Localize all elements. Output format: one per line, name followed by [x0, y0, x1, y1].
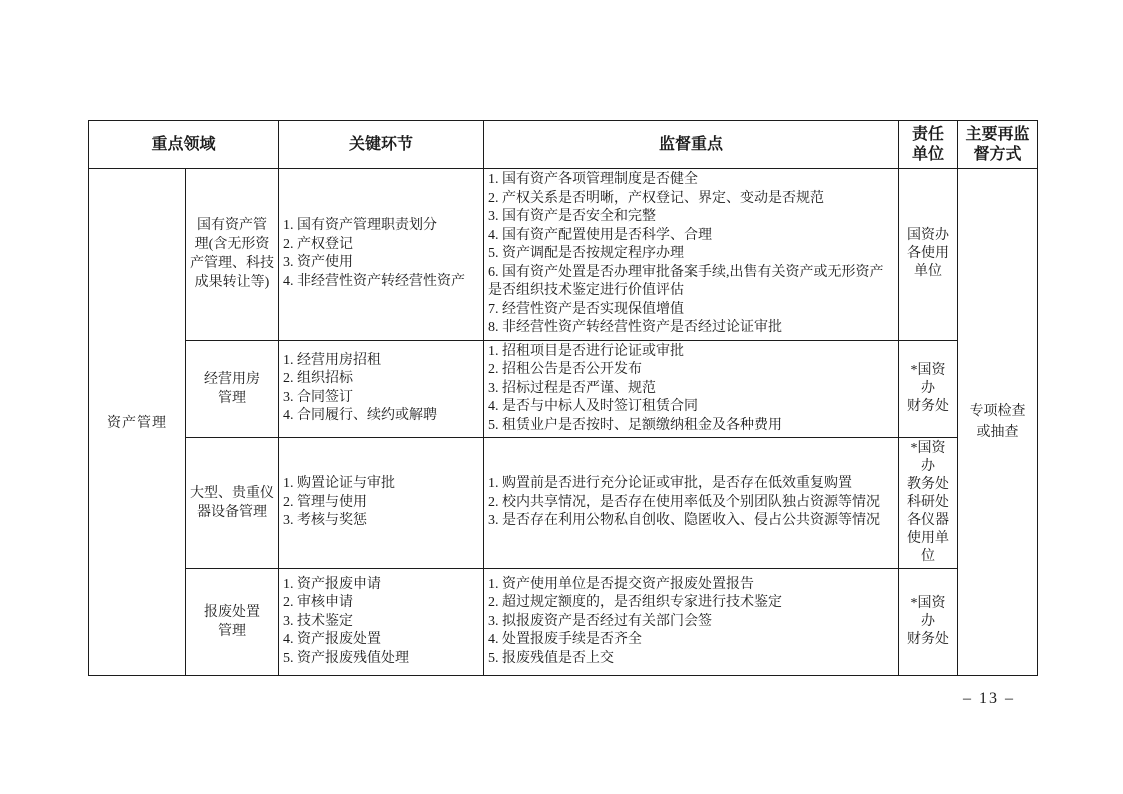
list-item: 2. 组织招标 — [283, 370, 479, 389]
list-item: 1. 国有资产各项管理制度是否健全 — [488, 171, 894, 190]
supervision-table: 重点领域 关键环节 监督重点 责任 单位 主要再监 督方式 资产管理 国有资产管… — [88, 120, 1038, 676]
key-links-cell: 1. 经营用房招租2. 组织招标3. 合同签订4. 合同履行、续约或解聘 — [279, 340, 484, 438]
key-links-cell: 1. 国有资产管理职责划分2. 产权登记3. 资产使用4. 非经营性资产转经营性… — [279, 169, 484, 341]
list-item: 4. 是否与中标人及时签订租赁合同 — [488, 398, 894, 417]
header-re-supervision-method: 主要再监 督方式 — [958, 121, 1038, 169]
key-links-cell: 1. 购置论证与审批2. 管理与使用3. 考核与奖惩 — [279, 438, 484, 569]
list-item: 1. 购置论证与审批 — [283, 475, 479, 494]
list-item: 8. 非经营性资产转经营性资产是否经过论证审批 — [488, 319, 894, 338]
list-item: 2. 超过规定额度的，是否组织专家进行技术鉴定 — [488, 594, 894, 613]
document-page: 重点领域 关键环节 监督重点 责任 单位 主要再监 督方式 资产管理 国有资产管… — [0, 0, 1123, 794]
list-item: 4. 资产报废处置 — [283, 631, 479, 650]
sub-area-cell: 经营用房 管理 — [186, 340, 279, 438]
list-item: 1. 资产使用单位是否提交资产报废处置报告 — [488, 576, 894, 595]
list-item: 2. 审核申请 — [283, 594, 479, 613]
page-number: – 13 – — [963, 690, 1015, 708]
list-item: 3. 国有资产是否安全和完整 — [488, 208, 894, 227]
table-row: 报废处置 管理 1. 资产报废申请2. 审核申请3. 技术鉴定4. 资产报废处置… — [89, 569, 1038, 676]
category-cell: 资产管理 — [89, 169, 186, 676]
supervision-focus-cell: 1. 资产使用单位是否提交资产报废处置报告2. 超过规定额度的，是否组织专家进行… — [484, 569, 899, 676]
list-item: 3. 是否存在利用公物私自创收、隐匿收入、侵占公共资源等情况 — [488, 512, 894, 531]
table-row: 资产管理 国有资产管 理(含无形资 产管理、科技 成果转让等) 1. 国有资产管… — [89, 169, 1038, 341]
list-item: 4. 合同履行、续约或解聘 — [283, 407, 479, 426]
list-item: 1. 购置前是否进行充分论证或审批，是否存在低效重复购置 — [488, 475, 894, 494]
list-item: 4. 非经营性资产转经营性资产 — [283, 273, 479, 292]
header-key-area: 重点领域 — [89, 121, 279, 169]
list-item: 2. 招租公告是否公开发布 — [488, 361, 894, 380]
key-links-cell: 1. 资产报废申请2. 审核申请3. 技术鉴定4. 资产报废处置5. 资产报废残… — [279, 569, 484, 676]
list-item: 3. 拟报废资产是否经过有关部门会签 — [488, 613, 894, 632]
re-supervision-method-cell: 专项检查 或抽查 — [958, 169, 1038, 676]
header-responsible-unit: 责任 单位 — [899, 121, 958, 169]
table-header-row: 重点领域 关键环节 监督重点 责任 单位 主要再监 督方式 — [89, 121, 1038, 169]
supervision-focus-cell: 1. 国有资产各项管理制度是否健全2. 产权关系是否明晰，产权登记、界定、变动是… — [484, 169, 899, 341]
responsible-unit-cell: *国资 办 财务处 — [899, 340, 958, 438]
header-key-links: 关键环节 — [279, 121, 484, 169]
header-supervision-focus: 监督重点 — [484, 121, 899, 169]
list-item: 4. 国有资产配置使用是否科学、合理 — [488, 227, 894, 246]
list-item: 1. 招租项目是否进行论证或审批 — [488, 343, 894, 362]
list-item: 7. 经营性资产是否实现保值增值 — [488, 301, 894, 320]
list-item: 5. 报废残值是否上交 — [488, 650, 894, 669]
sub-area-cell: 报废处置 管理 — [186, 569, 279, 676]
list-item: 4. 处置报废手续是否齐全 — [488, 631, 894, 650]
list-item: 6. 国有资产处置是否办理审批备案手续,出售有关资产或无形资产是否组织技术鉴定进… — [488, 264, 894, 301]
list-item: 5. 租赁业户是否按时、足额缴纳租金及各种费用 — [488, 417, 894, 436]
list-item: 3. 招标过程是否严谨、规范 — [488, 380, 894, 399]
responsible-unit-cell: *国资 办 教务处 科研处 各仪器 使用单 位 — [899, 438, 958, 569]
table-row: 经营用房 管理 1. 经营用房招租2. 组织招标3. 合同签订4. 合同履行、续… — [89, 340, 1038, 438]
table-row: 大型、贵重仪 器设备管理 1. 购置论证与审批2. 管理与使用3. 考核与奖惩 … — [89, 438, 1038, 569]
list-item: 2. 校内共享情况，是否存在使用率低及个别团队独占资源等情况 — [488, 494, 894, 513]
sub-area-cell: 国有资产管 理(含无形资 产管理、科技 成果转让等) — [186, 169, 279, 341]
list-item: 1. 经营用房招租 — [283, 352, 479, 371]
list-item: 5. 资产报废残值处理 — [283, 650, 479, 669]
list-item: 2. 产权登记 — [283, 236, 479, 255]
list-item: 2. 产权关系是否明晰，产权登记、界定、变动是否规范 — [488, 190, 894, 209]
supervision-focus-cell: 1. 招租项目是否进行论证或审批2. 招租公告是否公开发布3. 招标过程是否严谨… — [484, 340, 899, 438]
list-item: 5. 资产调配是否按规定程序办理 — [488, 245, 894, 264]
sub-area-cell: 大型、贵重仪 器设备管理 — [186, 438, 279, 569]
list-item: 3. 合同签订 — [283, 389, 479, 408]
list-item: 1. 国有资产管理职责划分 — [283, 217, 479, 236]
responsible-unit-cell: *国资 办 财务处 — [899, 569, 958, 676]
list-item: 1. 资产报废申请 — [283, 576, 479, 595]
supervision-focus-cell: 1. 购置前是否进行充分论证或审批，是否存在低效重复购置2. 校内共享情况，是否… — [484, 438, 899, 569]
list-item: 2. 管理与使用 — [283, 494, 479, 513]
list-item: 3. 资产使用 — [283, 254, 479, 273]
list-item: 3. 技术鉴定 — [283, 613, 479, 632]
list-item: 3. 考核与奖惩 — [283, 512, 479, 531]
responsible-unit-cell: 国资办 各使用 单位 — [899, 169, 958, 341]
